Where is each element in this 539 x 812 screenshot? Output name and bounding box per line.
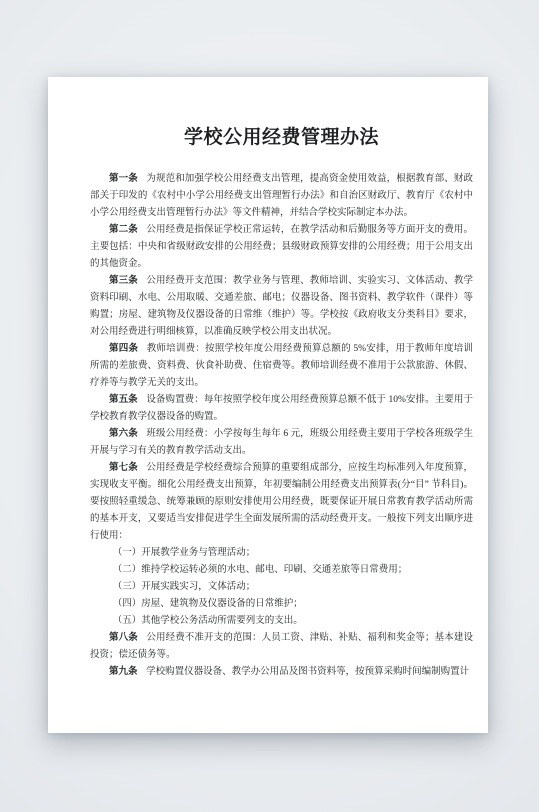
paragraph: 第九条学校购置仪器设备、教学办公用品及图书资料等，按预算采购时间编制购置计	[90, 664, 473, 681]
document-page: 学校公用经费管理办法 第一条为规范和加强学校公用经费支出管理，提高资金使用效益，…	[48, 77, 488, 733]
paragraph: 第三条公用经费开支范围：教学业务与管理、教师培训、实验实习、文体活动、教学资料印…	[90, 273, 473, 341]
paragraph: 第七条公用经费是学校经费综合预算的重要组成部分，应按生均标准列入年度预算，实现收…	[90, 460, 473, 545]
paragraph-text: 公用经费是指保证学校正常运转，在教学活动和后勤服务等方面开支的费用。主要包括：中…	[90, 225, 473, 269]
paragraph-text: 公用经费不准开支的范围：人员工资、津贴、补贴、福利和奖金等；基本建设投资；偿还债…	[90, 633, 473, 660]
document-body: 第一条为规范和加强学校公用经费支出管理，提高资金使用效益，根据教育部、财政部关于…	[90, 171, 473, 681]
list-item: （四）房屋、建筑物及仪器设备的日常维护；	[90, 596, 473, 613]
article-label: 第六条	[109, 429, 138, 439]
paragraph-text: （四）房屋、建筑物及仪器设备的日常维护；	[113, 599, 303, 609]
article-label: 第三条	[109, 276, 138, 286]
paragraph: 第一条为规范和加强学校公用经费支出管理，提高资金使用效益，根据教育部、财政部关于…	[90, 171, 473, 222]
article-label: 第一条	[109, 174, 138, 184]
paragraph-text: 公用经费开支范围：教学业务与管理、教师培训、实验实习、文体活动、教学资料印刷、水…	[90, 276, 473, 337]
paragraph: 第八条公用经费不准开支的范围：人员工资、津贴、补贴、福利和奖金等；基本建设投资；…	[90, 630, 473, 664]
list-item: （一）开展教学业务与管理活动；	[90, 545, 473, 562]
list-item: （五）其他学校公务活动所需要列支的支出。	[90, 613, 473, 630]
paragraph: 第六条班级公用经费：小学按每生每年 6 元，班级公用经费主要用于学校各班级学生开…	[90, 426, 473, 460]
list-item: （二）维持学校运转必须的水电、邮电、印刷、交通差旅等日常费用；	[90, 562, 473, 579]
paragraph-text: 公用经费是学校经费综合预算的重要组成部分，应按生均标准列入年度预算，实现收支平衡…	[90, 463, 473, 541]
paragraph-text: 设备购置费：每年按照学校年度公用经费预算总额不低于 10%安排。主要用于学校教育…	[90, 395, 473, 422]
paragraph-text: （五）其他学校公务活动所需要列支的支出。	[113, 616, 303, 626]
background: 学校公用经费管理办法 第一条为规范和加强学校公用经费支出管理，提高资金使用效益，…	[0, 0, 539, 812]
paragraph-text: 班级公用经费：小学按每生每年 6 元，班级公用经费主要用于学校各班级学生开展与学…	[90, 429, 473, 456]
paragraph-text: 学校购置仪器设备、教学办公用品及图书资料等，按预算采购时间编制购置计	[146, 667, 469, 677]
document-title: 学校公用经费管理办法	[90, 126, 473, 150]
paragraph-text: （一）开展教学业务与管理活动；	[113, 548, 256, 558]
article-label: 第八条	[109, 633, 138, 643]
list-item: （三）开展实践实习，文体活动；	[90, 579, 473, 596]
article-label: 第五条	[109, 395, 138, 405]
paragraph-text: 教师培训费：按照学校年度公用经费预算总额的 5%安排，用于教师年度培训所需的差旅…	[90, 344, 473, 388]
article-label: 第二条	[109, 225, 138, 235]
paragraph: 第四条教师培训费：按照学校年度公用经费预算总额的 5%安排，用于教师年度培训所需…	[90, 341, 473, 392]
article-label: 第七条	[109, 463, 138, 473]
paragraph-text: （三）开展实践实习，文体活动；	[113, 582, 256, 592]
paragraph-text: 为规范和加强学校公用经费支出管理，提高资金使用效益，根据教育部、财政部关于印发的…	[90, 174, 473, 218]
article-label: 第四条	[109, 344, 138, 354]
paragraph: 第五条设备购置费：每年按照学校年度公用经费预算总额不低于 10%安排。主要用于学…	[90, 392, 473, 426]
paragraph-text: （二）维持学校运转必须的水电、邮电、印刷、交通差旅等日常费用；	[113, 565, 408, 575]
paragraph: 第二条公用经费是指保证学校正常运转，在教学活动和后勤服务等方面开支的费用。主要包…	[90, 222, 473, 273]
article-label: 第九条	[109, 667, 138, 677]
